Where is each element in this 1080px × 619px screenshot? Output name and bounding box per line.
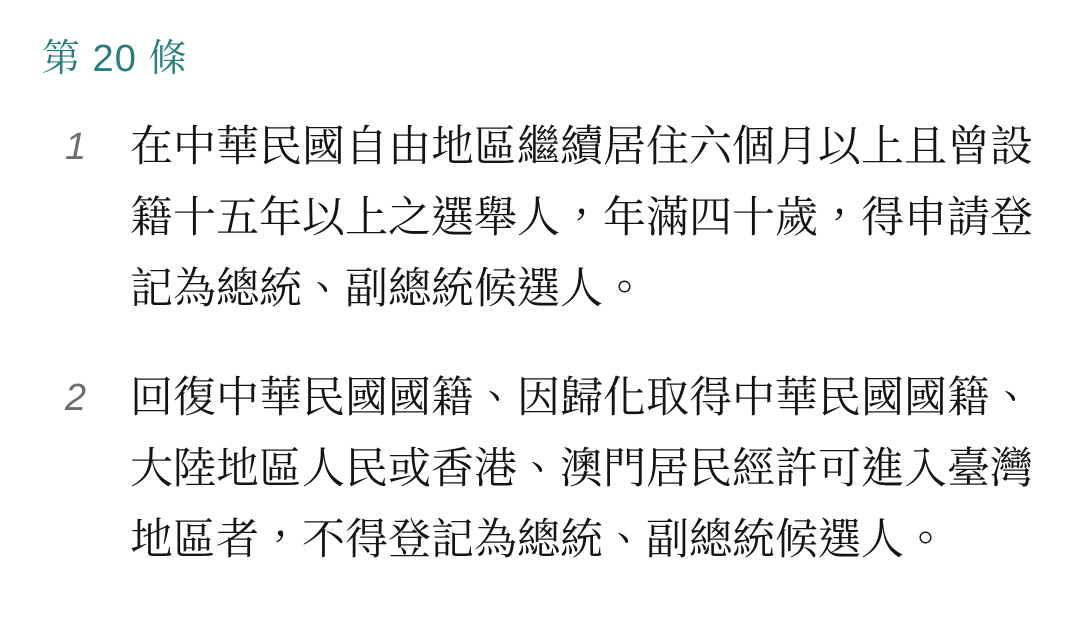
- article-paragraph: 2 回復中華民國國籍、因歸化取得中華民國國籍、大陸地區人民或香港、澳門居民經許可…: [42, 363, 1080, 576]
- article-paragraph: 1 在中華民國自由地區繼續居住六個月以上且曾設籍十五年以上之選舉人，年滿四十歲，…: [42, 112, 1080, 325]
- paragraph-text: 在中華民國自由地區繼續居住六個月以上且曾設籍十五年以上之選舉人，年滿四十歲，得申…: [130, 112, 1048, 325]
- law-article-page: 第 20 條 1 在中華民國自由地區繼續居住六個月以上且曾設籍十五年以上之選舉人…: [0, 0, 1080, 619]
- paragraph-number: 1: [65, 112, 130, 183]
- paragraph-text: 回復中華民國國籍、因歸化取得中華民國國籍、大陸地區人民或香港、澳門居民經許可進入…: [130, 363, 1048, 576]
- paragraph-number: 2: [65, 363, 130, 434]
- article-number-heading: 第 20 條: [42, 36, 1080, 84]
